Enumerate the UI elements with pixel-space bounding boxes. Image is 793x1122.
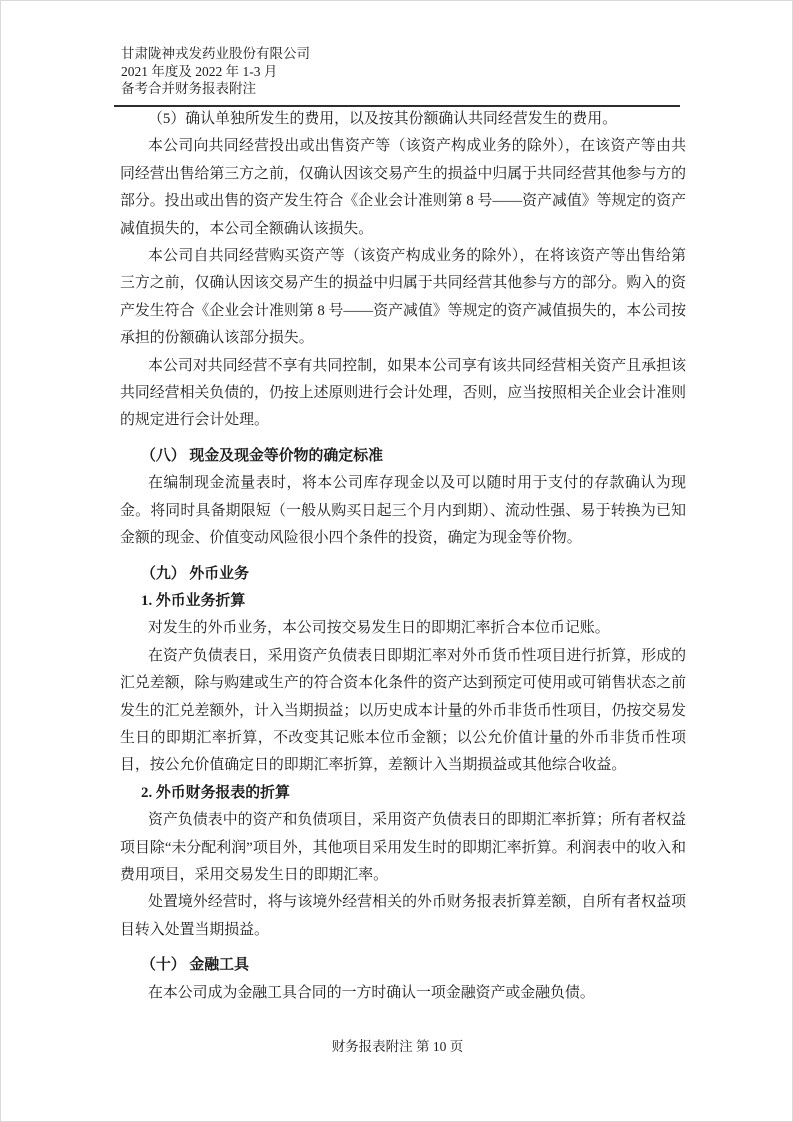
para-statement-translation-method: 资产负债表中的资产和负债项目，采用资产负债表日的即期汇率折算；所有者权益项目除“… <box>120 807 686 889</box>
para-assets-purchased-from-joint-operation: 本公司自共同经营购买资产等（该资产构成业务的除外），在将该资产等出售给第三方之前… <box>120 243 686 353</box>
page-footer: 财务报表附注 第 10 页 <box>1 1038 793 1056</box>
para-assets-contributed-to-joint-operation: 本公司向共同经营投出或出售资产等（该资产构成业务的除外），在该资产等由共同经营出… <box>120 133 686 243</box>
document-header: 甘肃陇神戎发药业股份有限公司 2021 年度及 2022 年 1-3 月 备考合… <box>114 45 680 107</box>
para-disposal-of-foreign-operation: 处置境外经营时，将与该境外经营相关的外币财务报表折算差额，自所有者权益项目转入处… <box>120 889 686 944</box>
para-financial-instrument-recognition: 在本公司成为金融工具合同的一方时确认一项金融资产或金融负债。 <box>120 980 686 1007</box>
document-page: 甘肃陇神戎发药业股份有限公司 2021 年度及 2022 年 1-3 月 备考合… <box>0 0 793 1122</box>
subheading-2-foreign-statement-translation: 2. 外币财务报表的折算 <box>120 780 686 807</box>
document-body: （5）确认单独所发生的费用，以及按其份额确认共同经营发生的费用。 本公司向共同经… <box>120 106 686 1007</box>
heading-section-10-financial-instruments: （十） 金融工具 <box>120 952 686 979</box>
para-spot-rate-recording: 对发生的外币业务，本公司按交易发生日的即期汇率折合本位币记账。 <box>120 615 686 642</box>
heading-section-8-cash-equivalents: （八） 现金及现金等价物的确定标准 <box>120 443 686 470</box>
document-title: 备考合并财务报表附注 <box>121 80 680 98</box>
para-joint-operation-expense-item5: （5）确认单独所发生的费用，以及按其份额确认共同经营发生的费用。 <box>120 106 686 133</box>
report-period: 2021 年度及 2022 年 1-3 月 <box>121 63 680 81</box>
para-cash-equivalents-criteria: 在编制现金流量表时，将本公司库存现金以及可以随时用于支付的存款确认为现金。将同时… <box>120 470 686 552</box>
company-name: 甘肃陇神戎发药业股份有限公司 <box>121 45 680 63</box>
heading-section-9-foreign-currency: （九） 外币业务 <box>120 561 686 588</box>
subheading-1-foreign-currency-translation: 1. 外币业务折算 <box>120 588 686 615</box>
para-balance-sheet-date-translation: 在资产负债表日，采用资产负债表日即期汇率对外币货币性项目进行折算，形成的汇兑差额… <box>120 643 686 780</box>
para-no-joint-control-treatment: 本公司对共同经营不享有共同控制，如果本公司享有该共同经营相关资产且承担该共同经营… <box>120 353 686 435</box>
